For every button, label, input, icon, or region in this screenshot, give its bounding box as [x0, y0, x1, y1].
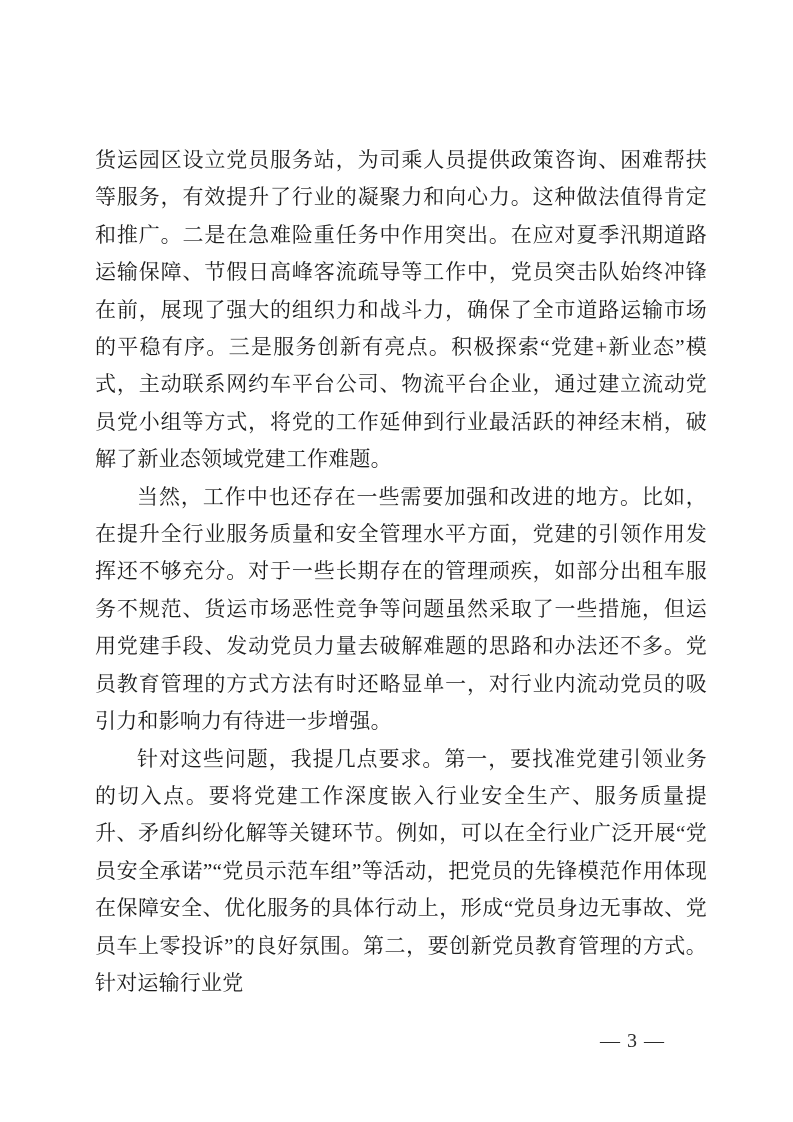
paragraph: 货运园区设立党员服务站，为司乘人员提供政策咨询、困难帮扶等服务，有效提升了行业的… — [95, 142, 707, 479]
paragraph: 当然，工作中也还存在一些需要加强和改进的地方。比如，在提升全行业服务质量和安全管… — [95, 479, 707, 741]
page-number: — 3 — — [600, 1030, 665, 1053]
paragraph: 针对这些问题，我提几点要求。第一，要找准党建引领业务的切入点。要将党建工作深度嵌… — [95, 741, 707, 1003]
document-body: 货运园区设立党员服务站，为司乘人员提供政策咨询、困难帮扶等服务，有效提升了行业的… — [95, 142, 707, 1002]
document-page: 货运园区设立党员服务站，为司乘人员提供政策咨询、困难帮扶等服务，有效提升了行业的… — [0, 0, 793, 1122]
page-footer: — 3 — — [0, 1030, 793, 1058]
